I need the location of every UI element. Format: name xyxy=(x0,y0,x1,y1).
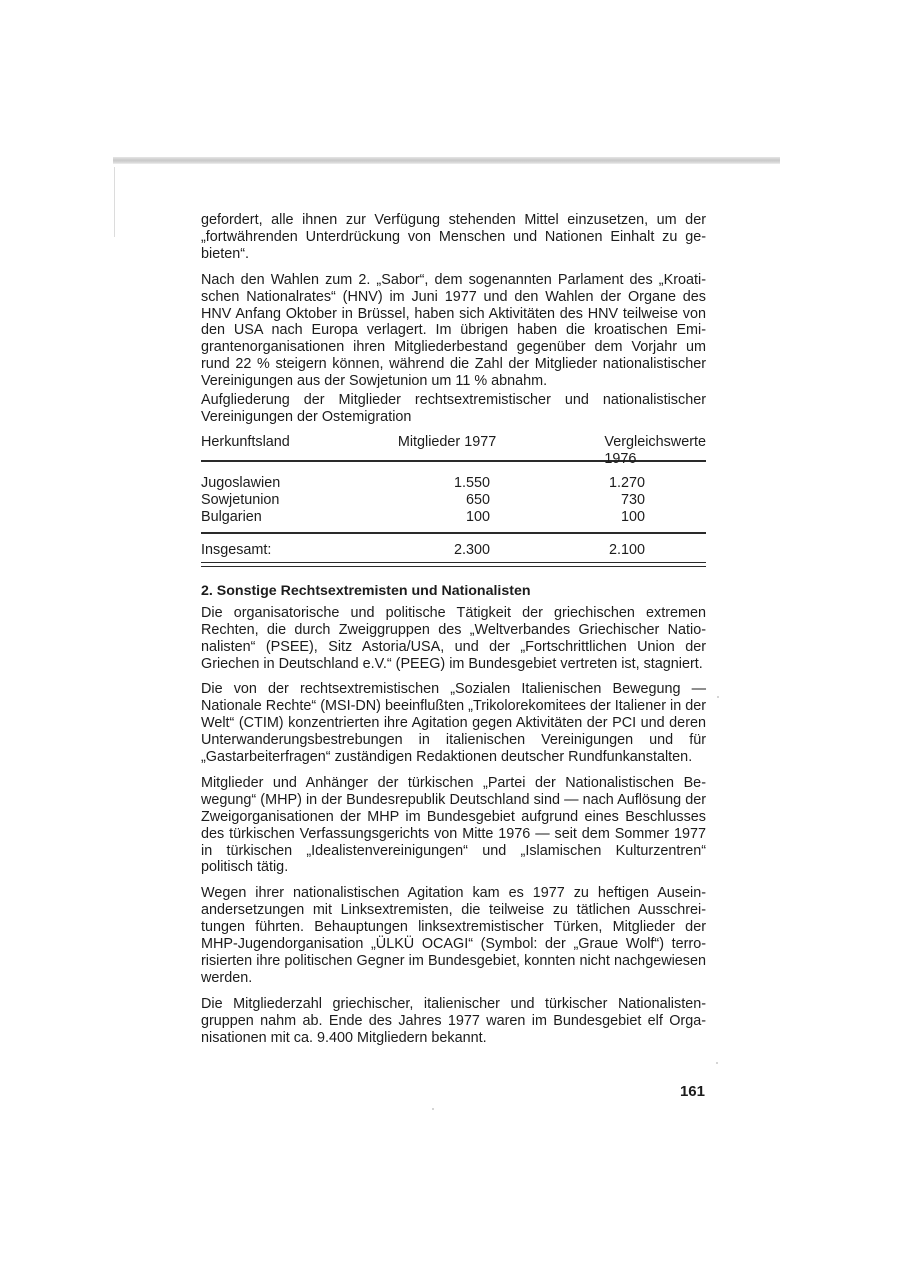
table-cell-1977: 650 xyxy=(406,492,490,509)
table-cell-1977: 1.550 xyxy=(406,475,490,492)
page-number: 161 xyxy=(675,1083,705,1100)
scan-page-edge-top xyxy=(113,157,780,164)
table-total-label: Insgesamt: xyxy=(201,542,406,559)
table-cell-country: Bulgarien xyxy=(201,509,406,526)
table-row: Bulgarien 100 100 xyxy=(201,509,706,526)
scan-speck xyxy=(717,696,719,698)
table-cell-1977: 100 xyxy=(406,509,490,526)
table-caption: Aufgliederung der Mitglieder rechtsextre… xyxy=(201,392,706,426)
table-total-row: Insgesamt: 2.300 2.100 xyxy=(201,542,706,559)
scan-page-edge-left xyxy=(114,167,115,237)
section-heading: 2. Sonstige Rechtsextremisten und Nation… xyxy=(201,583,706,600)
paragraph-kroatische-emigration: Nach den Wahlen zum 2. „Sabor“, dem soge… xyxy=(201,272,706,390)
table-header-vergleichswerte-1976: Vergleichswerte 1976 xyxy=(596,434,706,468)
table-cell-1976: 1.270 xyxy=(490,475,645,492)
table-header-mitglieder-1977: Mitglieder 1977 xyxy=(395,434,597,451)
table-cell-1976: 730 xyxy=(490,492,645,509)
scan-speck xyxy=(432,1108,434,1110)
paragraph-mitgliederzahl: Die Mitgliederzahl griechischer, italien… xyxy=(201,996,706,1047)
table-header-herkunftsland: Herkunftsland xyxy=(201,434,395,451)
scan-speck xyxy=(716,1062,718,1064)
paragraph-tuerkische-mhp: Mitglieder und Anhänger der türkischen „… xyxy=(201,775,706,876)
table-cell-1976: 100 xyxy=(490,509,645,526)
paragraph-intro: gefordert, alle ihnen zur Verfügung steh… xyxy=(201,212,706,263)
membership-table: Herkunftsland Mitglieder 1977 Vergleichs… xyxy=(201,434,706,567)
document-page: gefordert, alle ihnen zur Verfügung steh… xyxy=(201,212,706,1056)
paragraph-italienische-rechte: Die von der rechtsextremistischen „Sozia… xyxy=(201,681,706,766)
table-total-1976: 2.100 xyxy=(490,542,645,559)
paragraph-griechische-rechte: Die organisatorische und politische Täti… xyxy=(201,605,706,673)
paragraph-auseinandersetzungen: Wegen ihrer nationalistischen Agitation … xyxy=(201,885,706,986)
table-total-1977: 2.300 xyxy=(406,542,490,559)
table-header-row: Herkunftsland Mitglieder 1977 Vergleichs… xyxy=(201,434,706,456)
table-cell-country: Sowjetunion xyxy=(201,492,406,509)
table-rule-middle xyxy=(201,532,706,534)
table-cell-country: Jugoslawien xyxy=(201,475,406,492)
table-row: Jugoslawien 1.550 1.270 xyxy=(201,475,706,492)
table-rule-bottom-double xyxy=(201,562,706,567)
table-row: Sowjetunion 650 730 xyxy=(201,492,706,509)
